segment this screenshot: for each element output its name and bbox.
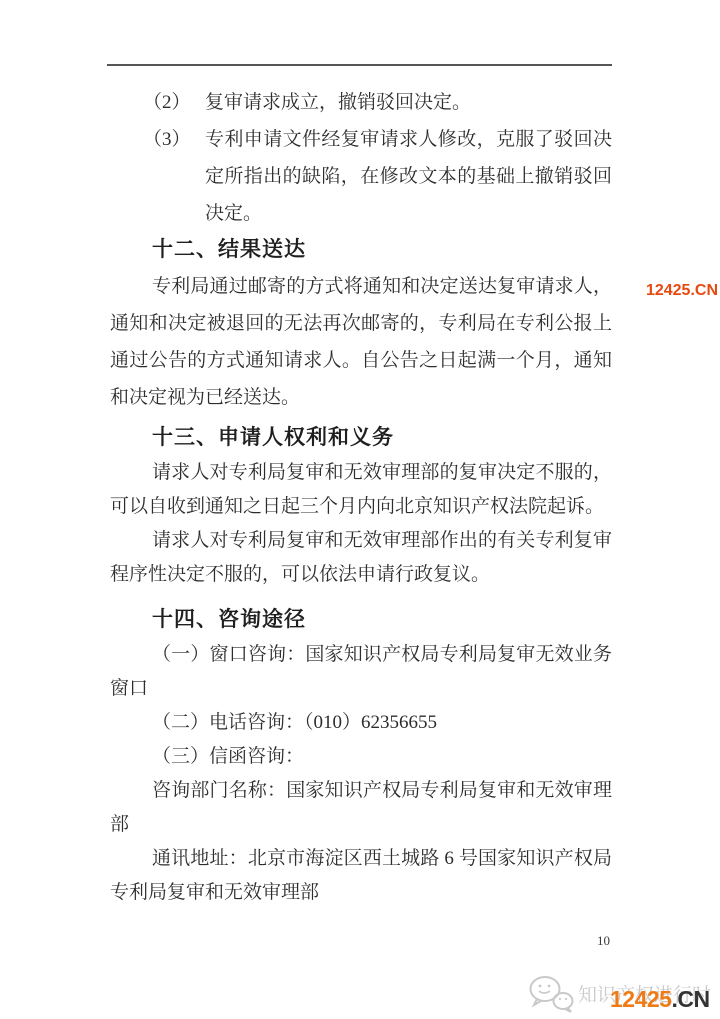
paragraph: （一）窗口咨询：国家知识产权局专利局复审无效业务窗口 bbox=[110, 638, 612, 706]
section-heading: 十三、申请人权利和义务 bbox=[110, 420, 612, 456]
section-heading: 十四、咨询途径 bbox=[110, 602, 612, 638]
list-item-marker: （2） bbox=[143, 84, 191, 121]
list-item-text: 复审请求成立，撤销驳回决定。 bbox=[205, 92, 471, 113]
paragraph: （三）信函咨询： bbox=[110, 740, 612, 774]
footer-site-tld: .CN bbox=[671, 986, 709, 1012]
document-page: （2） 复审请求成立，撤销驳回决定。 （3） 专利申请文件经复审请求人修改，克服… bbox=[0, 0, 720, 1019]
header-rule bbox=[107, 64, 612, 66]
paragraph: （二）电话咨询：（010）62356655 bbox=[110, 706, 612, 740]
section-result-delivery: 十二、结果送达 专利局通过邮寄的方式将通知和决定送达复审请求人，通知和决定被退回… bbox=[110, 232, 612, 416]
list-item-text: 专利申请文件经复审请求人修改，克服了驳回决定所指出的缺陷，在修改文本的基础上撤销… bbox=[205, 129, 612, 224]
paragraph: 咨询部门名称：国家知识产权局专利局复审和无效审理部 bbox=[110, 774, 612, 842]
paragraph: 请求人对专利局复审和无效审理部的复审决定不服的，可以自收到通知之日起三个月内向北… bbox=[110, 456, 612, 524]
site-watermark-badge: 12425.CN bbox=[646, 282, 718, 300]
footer-site-number: 12425 bbox=[610, 986, 671, 1012]
section-consultation-channels: 十四、咨询途径 （一）窗口咨询：国家知识产权局专利局复审无效业务窗口 （二）电话… bbox=[110, 602, 612, 910]
footer-watermark: 知识产权进行时 12425.CN bbox=[528, 968, 720, 1019]
list-item: （2） 复审请求成立，撤销驳回决定。 bbox=[110, 84, 612, 121]
wechat-chat-bubbles-icon bbox=[528, 974, 574, 1014]
list-item-marker: （3） bbox=[143, 121, 191, 158]
paragraph: 通讯地址：北京市海淀区西土城路 6 号国家知识产权局专利局复审和无效审理部 bbox=[110, 842, 612, 910]
section-applicant-rights: 十三、申请人权利和义务 请求人对专利局复审和无效审理部的复审决定不服的，可以自收… bbox=[110, 420, 612, 592]
document-content: （2） 复审请求成立，撤销驳回决定。 （3） 专利申请文件经复审请求人修改，克服… bbox=[110, 84, 612, 910]
footer-site-url: 12425.CN bbox=[610, 986, 710, 1013]
numbered-list: （2） 复审请求成立，撤销驳回决定。 （3） 专利申请文件经复审请求人修改，克服… bbox=[110, 84, 612, 232]
paragraph: 请求人对专利局复审和无效审理部作出的有关专利复审程序性决定不服的，可以依法申请行… bbox=[110, 524, 612, 592]
paragraph: 专利局通过邮寄的方式将通知和决定送达复审请求人，通知和决定被退回的无法再次邮寄的… bbox=[110, 268, 612, 416]
page-number: 10 bbox=[597, 933, 610, 949]
section-heading: 十二、结果送达 bbox=[110, 232, 612, 268]
list-item: （3） 专利申请文件经复审请求人修改，克服了驳回决定所指出的缺陷，在修改文本的基… bbox=[110, 121, 612, 232]
